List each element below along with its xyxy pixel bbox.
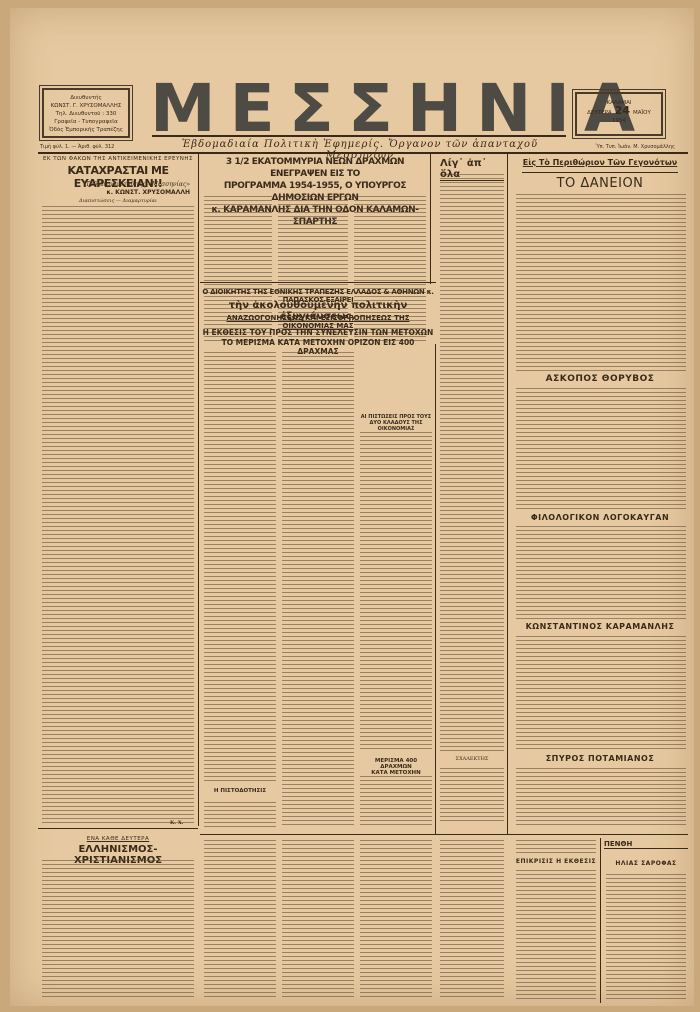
article-subhead: ΜΕΡΙΣΜΑ 400 ΔΡΑΧΜΩΝ ΚΑΤΑ ΜΕΤΟΧΗΝ	[360, 758, 432, 776]
article-byline: Τοῦ Διευθυντοῦ τῆς «Μεσσηνίας»	[40, 181, 190, 188]
masthead-rule	[152, 135, 566, 137]
section-rule	[38, 828, 198, 829]
date-box: ΚΑΛΑΜΑΙ ΔΕΥΤΕΡΑ 24 ΜΑΪΟΥ 1954	[575, 92, 663, 136]
article-body-text	[516, 636, 686, 752]
article-body-text	[282, 840, 354, 1000]
article-body-text	[516, 194, 686, 372]
article-body-text	[516, 388, 686, 512]
publisher-label: Διευθυντής	[44, 94, 128, 102]
article-heading: ΑΣΚΟΠΟΣ ΘΟΡΥΒΟΣ	[512, 374, 688, 384]
publisher-address: Ὁδὸς Ἐμπορικῆς Τραπέζης	[44, 126, 128, 134]
article-body-text	[516, 840, 596, 854]
newspaper-page: Διευθυντής ΚΩΝΣΤ. Γ. ΧΡΥΣΟΜΑΛΛΗΣ Τηλ. Δι…	[10, 8, 694, 1006]
publisher-phone: Τηλ. Διευθυντοῦ : 330	[44, 110, 128, 118]
article-subhead: ΑΙ ΠΙΣΤΩΣΕΙΣ ΠΡΟΣ ΤΟΥΣ ΔΥΟ ΚΛΑΔΟΥΣ ΤΗΣ Ο…	[360, 414, 432, 432]
article-author: κ. ΚΩΝΣΤ. ΧΡΥΣΟΜΑΛΛΗ	[40, 189, 190, 196]
article-body-text	[516, 768, 686, 828]
column-body-text	[440, 768, 504, 824]
article-body-text	[42, 860, 194, 1000]
obituary-name: ΗΛΙΑΣ ΣΑΡΟΦΑΣ	[604, 860, 688, 867]
year: 1954	[577, 117, 661, 125]
date-line: ΔΕΥΤΕΡΑ 24 ΜΑΪΟΥ	[577, 107, 661, 117]
printer-meta: Ὑπ. Τυπ. Ἰωάν. Μ. Χρυσομάλλης	[575, 144, 675, 150]
section-rule	[200, 834, 688, 835]
article-body-text	[282, 352, 354, 828]
article-signature: Κ. Χ.	[170, 820, 183, 826]
article-subhead: Η ΠΙΣΤΟΔΟΤΗΣΙΣ	[204, 788, 276, 794]
publisher-name: ΚΩΝΣΤ. Γ. ΧΡΥΣΟΜΑΛΛΗΣ	[44, 102, 128, 110]
masthead-bottom-rule	[38, 152, 688, 154]
weekday: ΔΕΥΤΕΡΑ	[587, 109, 612, 117]
column-signature: ΣΧΑΛΕΚΤΗΣ	[440, 756, 504, 762]
publisher-info-box: Διευθυντής ΚΩΝΣΤ. Γ. ΧΡΥΣΟΜΑΛΛΗΣ Τηλ. Δι…	[42, 88, 130, 138]
column-rule	[600, 838, 601, 1003]
bank-headline-4: Η ΕΚΘΕΣΙΣ ΤΟΥ ΠΡΟΣ ΤΗΝ ΣΥΝΕΛΕΥΣΙΝ ΤΩΝ ΜΕ…	[202, 328, 434, 337]
article-kicker: ΕΝΑ ΚΑΘΕ ΔΕΥΤΕΡΑ	[40, 836, 196, 842]
article-body-text	[440, 840, 504, 1000]
column-rule	[198, 154, 199, 826]
article-heading: ΦΙΛΟΛΟΓΙΚΟΝ ΛΟΓΟΚΑΥΓΑΝ	[512, 513, 688, 522]
subhead-line: ΜΕΡΙΣΜΑ 400 ΔΡΑΧΜΩΝ	[360, 758, 432, 770]
article-heading: ΕΠΙΚΡΙΣΙΣ Η ΕΚΘΕΣΙΣ	[512, 858, 600, 865]
article-body-text	[360, 776, 432, 828]
column-body-text	[440, 174, 504, 754]
headline-line: 3 1/2 ΕΚΑΤΟΜΜΥΡΙΑ ΝΕΩΝ ΔΡΑΧΜΩΝ ΕΝΕΓΡΑΨΕΝ…	[202, 156, 428, 180]
obituary-title: ΠΕΝΘΗ	[604, 840, 688, 849]
section-rule	[200, 282, 436, 283]
article-heading: ΣΠΥΡΟΣ ΠΟΤΑΜΙΑΝΟΣ	[512, 754, 688, 763]
column-rule	[435, 344, 436, 834]
obituary-text	[606, 874, 686, 1000]
article-body-text	[204, 840, 276, 1000]
article-body-text	[204, 802, 276, 828]
article-body-text	[516, 526, 686, 620]
section-title: Εἰς Τὸ Περιθώριον Τῶν Γεγονότων	[512, 158, 688, 167]
article-subhead: Διαπιστώσεις — Διαμαρτυρίαι	[40, 198, 196, 204]
article-body-text	[360, 840, 432, 1000]
issue-meta: Τιμὴ φύλ. 1. — Ἀριθ. φύλ. 312	[40, 144, 140, 150]
column-rule	[507, 154, 508, 834]
article-body-text	[360, 432, 432, 752]
article-body-text	[42, 206, 194, 824]
article-kicker: ΕΚ ΤΩΝ ΦΑΚΩΝ ΤΗΣ ΑΝΤΙΚΕΙΜΕΝΙΚΗΣ ΕΡΕΥΝΗΣ	[40, 156, 196, 162]
masthead-title: ΜΕΣΣΗΝΙΑ	[150, 76, 570, 142]
article-heading: ΚΩΝΣΤΑΝΤΙΝΟΣ ΚΑΡΑΜΑΝΛΗΣ	[512, 622, 688, 631]
article-body-text	[204, 352, 276, 782]
publisher-offices: Γραφεῖα - Τυπογραφεῖα	[44, 118, 128, 126]
month: ΜΑΪΟΥ	[633, 109, 651, 117]
article-heading: ΤΟ ΔΑΝΕΙΟΝ	[512, 176, 688, 191]
column-rule	[430, 154, 431, 284]
day-number: 24	[615, 107, 630, 115]
section-rule	[522, 172, 678, 173]
article-body-text	[516, 870, 596, 1000]
